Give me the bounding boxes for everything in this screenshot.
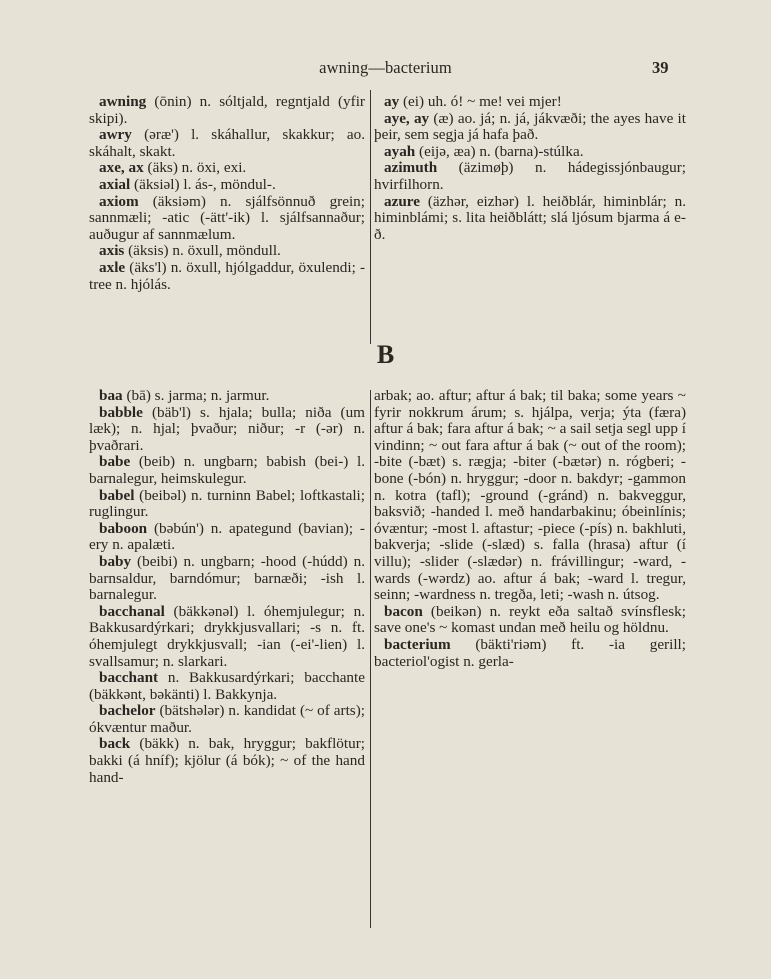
column-divider-bottom [370, 390, 371, 928]
entry: baa (bā) s. jarma; n. jarmur. [89, 388, 365, 405]
entry: ay (ei) uh. ó! ~ me! vei mjer! [374, 94, 686, 111]
entry: aye, ay (æ) ao. já; n. já, jákvæði; the … [374, 111, 686, 144]
entry: axial (äksiəl) l. ás-, möndul-. [89, 177, 365, 194]
running-head: awning—bacterium 39 [0, 58, 771, 82]
right-column-top: ay (ei) uh. ó! ~ me! vei mjer! aye, ay (… [374, 94, 686, 243]
entry: ayah (eijə, æa) n. (barna)-stúlka. [374, 144, 686, 161]
entry: baby (beibi) n. ungbarn; -hood (-húdd) n… [89, 554, 365, 604]
entry-continuation: arbak; ao. aftur; aftur á bak; til baka;… [374, 388, 686, 604]
entry: bacterium (bäkti'riəm) ft. -ia gerill; b… [374, 637, 686, 670]
entry: babble (bäb'l) s. hjala; bulla; niða (um… [89, 405, 365, 455]
entry: bacchanal (bäkkənəl) l. óhemjulegur; n. … [89, 604, 365, 670]
entry: back (bäkk) n. bak, hryggur; bakflötur; … [89, 736, 365, 786]
entry: axe, ax (äks) n. öxi, exi. [89, 160, 365, 177]
column-divider-top [370, 90, 371, 344]
entry: awry (əræ') l. skáhallur, skakkur; ao. s… [89, 127, 365, 160]
entry: awning (ōnin) n. sóltjald, regntjald (yf… [89, 94, 365, 127]
entry: baboon (bəbún') n. apategund (bavian); -… [89, 521, 365, 554]
entry: axle (äks'l) n. öxull, hjólgaddur, öxule… [89, 260, 365, 293]
left-column-bottom: baa (bā) s. jarma; n. jarmur. babble (bä… [89, 388, 365, 786]
entry: azure (äzhər, eizhər) l. heiðblár, himin… [374, 194, 686, 244]
entry: axiom (äksiəm) n. sjálfsönnuð grein; san… [89, 194, 365, 244]
entry: bachelor (bätshələr) n. kandidat (~ of a… [89, 703, 365, 736]
right-column-bottom: arbak; ao. aftur; aftur á bak; til baka;… [374, 388, 686, 670]
page-number: 39 [652, 58, 669, 78]
entry: bacchant n. Bakkusardýrkari; bacchante (… [89, 670, 365, 703]
entry: axis (äksis) n. öxull, möndull. [89, 243, 365, 260]
entry: bacon (beikən) n. reykt eða saltað svíns… [374, 604, 686, 637]
entry: babel (beibəl) n. turninn Babel; loftkas… [89, 488, 365, 521]
left-column-top: awning (ōnin) n. sóltjald, regntjald (yf… [89, 94, 365, 293]
dictionary-page: awning—bacterium 39 awning (ōnin) n. sól… [0, 0, 771, 979]
entry: azimuth (äzimøþ) n. hádegissjónbaugur; h… [374, 160, 686, 193]
entry: babe (beib) n. ungbarn; babish (bei-) l.… [89, 454, 365, 487]
section-letter: B [0, 340, 771, 370]
